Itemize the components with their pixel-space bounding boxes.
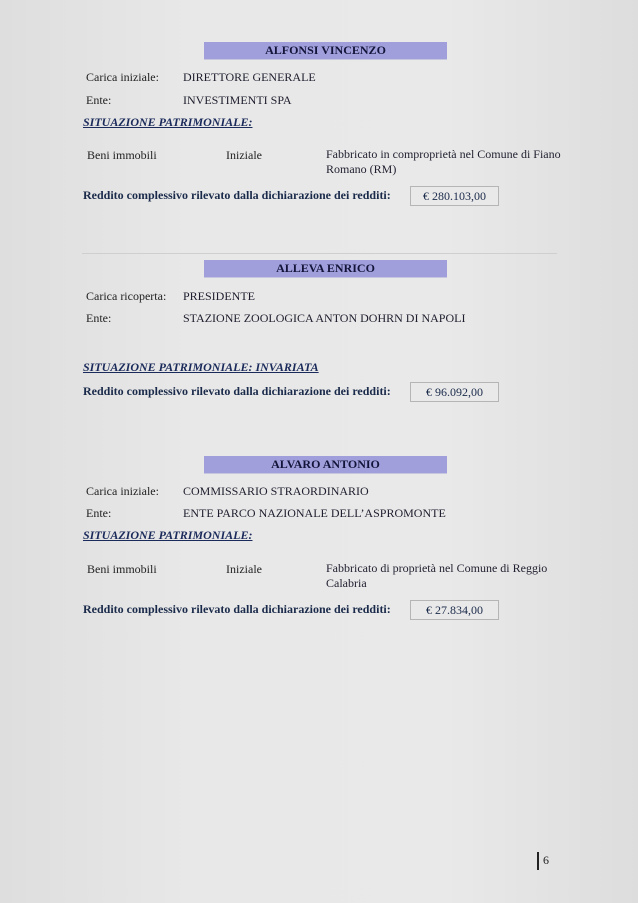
role-label: Carica iniziale:: [86, 484, 159, 499]
ente-value: INVESTIMENTI SPA: [183, 93, 292, 108]
ente-label: Ente:: [86, 506, 111, 521]
asset-type: Beni immobili: [87, 148, 157, 163]
ente-label: Ente:: [86, 93, 111, 108]
reddito-label: Reddito complessivo rilevato dalla dichi…: [83, 188, 391, 203]
role-value: PRESIDENTE: [183, 289, 255, 304]
situazione-patrimoniale-title: SITUAZIONE PATRIMONIALE:: [83, 528, 252, 543]
situazione-patrimoniale-title: SITUAZIONE PATRIMONIALE:: [83, 115, 252, 130]
reddito-label: Reddito complessivo rilevato dalla dichi…: [83, 384, 391, 399]
person-name-header: ALVARO ANTONIO: [204, 456, 447, 474]
role-label: Carica ricoperta:: [86, 289, 166, 304]
page-number: 6: [543, 853, 549, 868]
page-number-rule: [537, 852, 539, 870]
asset-type: Beni immobili: [87, 562, 157, 577]
person-name-header: ALLEVA ENRICO: [204, 260, 447, 278]
person-name-header: ALFONSI VINCENZO: [204, 42, 447, 60]
reddito-label: Reddito complessivo rilevato dalla dichi…: [83, 602, 391, 617]
ente-value: ENTE PARCO NAZIONALE DELL’ASPROMONTE: [183, 506, 446, 521]
reddito-amount-box: € 96.092,00: [410, 382, 499, 402]
reddito-amount-box: € 280.103,00: [410, 186, 499, 206]
role-value: COMMISSARIO STRAORDINARIO: [183, 484, 369, 499]
role-value: DIRETTORE GENERALE: [183, 70, 316, 85]
role-label: Carica iniziale:: [86, 70, 159, 85]
asset-status: Iniziale: [226, 562, 262, 577]
asset-description: Fabbricato di proprietà nel Comune di Re…: [326, 561, 576, 591]
reddito-amount-box: € 27.834,00: [410, 600, 499, 620]
ente-label: Ente:: [86, 311, 111, 326]
asset-description: Fabbricato in comproprietà nel Comune di…: [326, 147, 576, 177]
section-divider: [82, 253, 557, 254]
ente-value: STAZIONE ZOOLOGICA ANTON DOHRN DI NAPOLI: [183, 311, 465, 326]
asset-status: Iniziale: [226, 148, 262, 163]
document-page: ALFONSI VINCENZO Carica iniziale: DIRETT…: [0, 0, 638, 903]
situazione-patrimoniale-title: SITUAZIONE PATRIMONIALE: INVARIATA: [83, 360, 319, 375]
